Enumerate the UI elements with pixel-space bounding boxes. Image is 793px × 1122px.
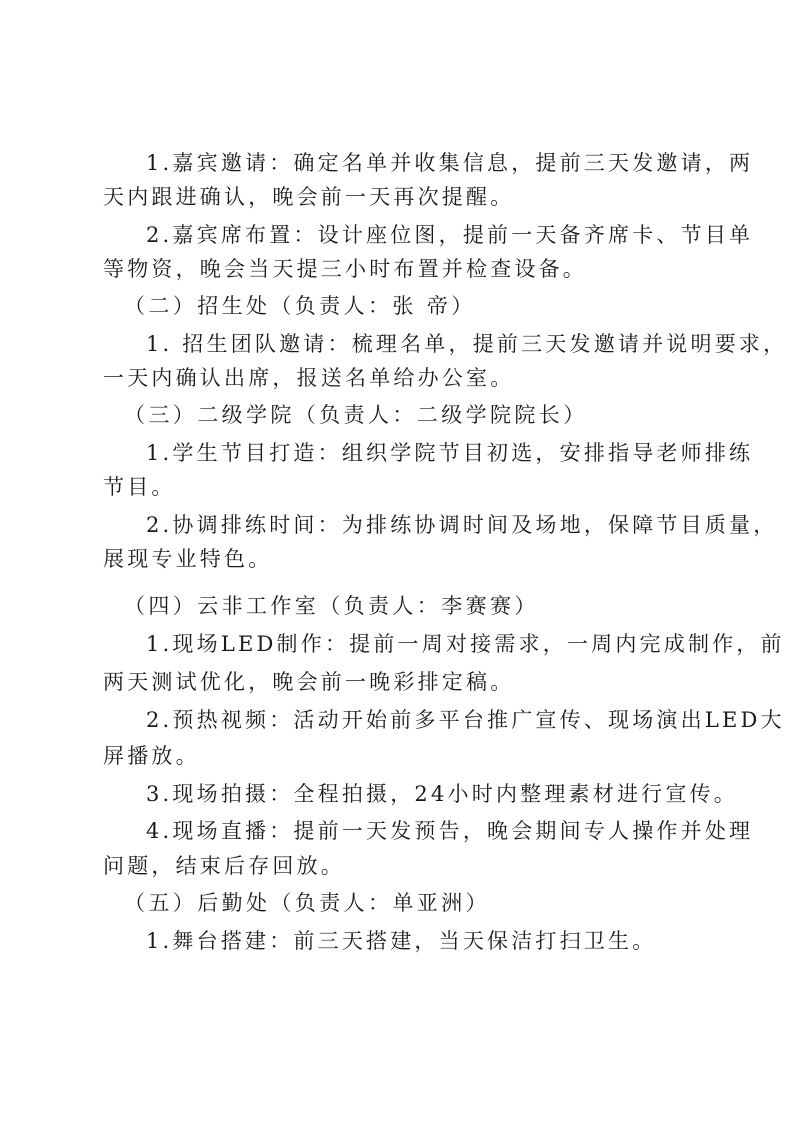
paragraph-line: 节目。: [103, 472, 683, 502]
paragraph-line: 4.现场直播：提前一天发预告，晚会期间专人操作并处理: [146, 816, 726, 846]
paragraph-line: 屏播放。: [103, 741, 683, 771]
paragraph-line: 两天测试优化，晚会前一晚彩排定稿。: [103, 667, 683, 697]
paragraph-line: 等物资，晚会当天提三小时布置并检查设备。: [103, 254, 683, 284]
paragraph-line: 1.学生节目打造：组织学院节目初选，安排指导老师排练: [146, 438, 726, 468]
paragraph-line: 问题，结束后存回放。: [103, 851, 683, 881]
paragraph-line: 1.舞台搭建：前三天搭建，当天保洁打扫卫生。: [146, 926, 726, 956]
section-heading: （五）后勤处（负责人：单亚洲）: [124, 888, 704, 918]
section-heading: （三）二级学院（负责人：二级学院院长）: [124, 400, 704, 430]
paragraph-line: 2.协调排练时间：为排练协调时间及场地，保障节目质量，: [146, 510, 726, 540]
paragraph-line: 3.现场拍摄：全程拍摄，24小时内整理素材进行宣传。: [146, 779, 726, 809]
section-heading: （二）招生处（负责人：张 帝）: [124, 291, 704, 321]
paragraph-line: 一天内确认出席，报送名单给办公室。: [103, 363, 683, 393]
section-heading: （四）云非工作室（负责人：李赛赛）: [124, 591, 704, 621]
paragraph-line: 2.预热视频：活动开始前多平台推广宣传、现场演出LED大: [146, 705, 726, 735]
paragraph-line: 1. 招生团队邀请：梳理名单，提前三天发邀请并说明要求，: [146, 329, 726, 359]
paragraph-line: 1.嘉宾邀请：确定名单并收集信息，提前三天发邀请，两: [146, 148, 726, 178]
paragraph-line: 1.现场LED制作：提前一周对接需求，一周内完成制作，前: [146, 629, 726, 659]
paragraph-line: 2.嘉宾席布置：设计座位图，提前一天备齐席卡、节目单: [146, 220, 726, 250]
paragraph-line: 天内跟进确认，晚会前一天再次提醒。: [103, 182, 683, 212]
paragraph-line: 展现专业特色。: [103, 544, 683, 574]
document-page: 1.嘉宾邀请：确定名单并收集信息，提前三天发邀请，两天内跟进确认，晚会前一天再次…: [0, 0, 793, 1122]
